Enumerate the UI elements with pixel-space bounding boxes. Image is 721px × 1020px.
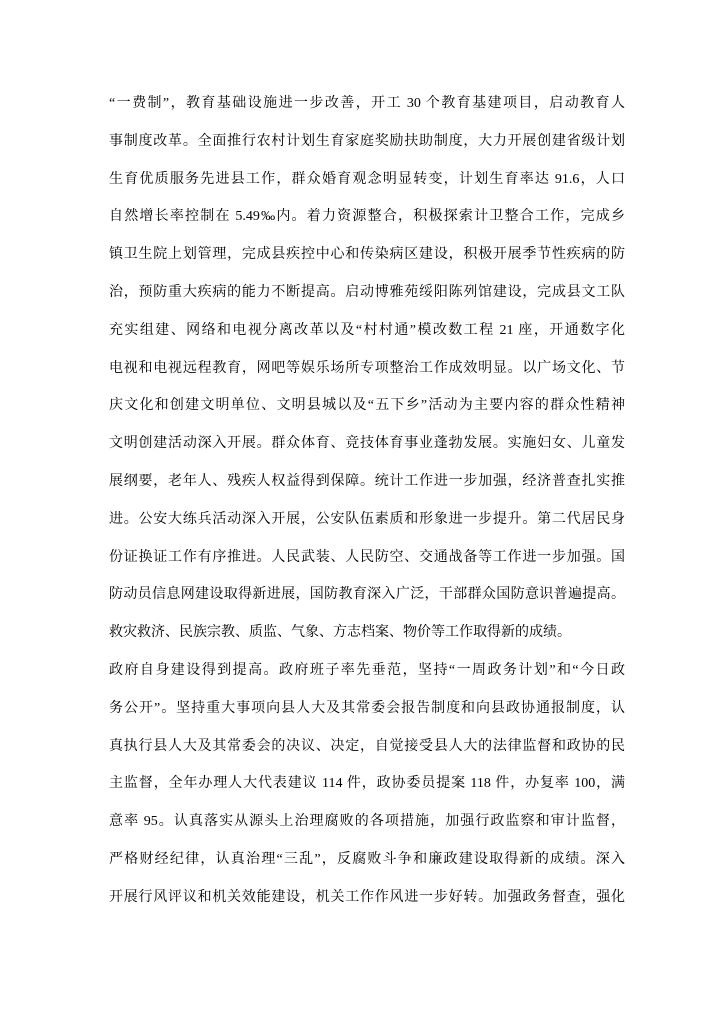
text-line: 主监督，全年办理人大代表建议 114 件，政协委员提案 118 件，办复率 10… <box>109 765 625 803</box>
text-line: 镇卫生院上划管理，完成县疾控中心和传染病区建设，积极开展季节性疾病的防 <box>109 236 625 274</box>
text-line: 务公开”。坚持重大事项向县人大及其常委会报告制度和向县政协通报制度，认 <box>109 690 625 728</box>
text-line: 防动员信息网建设取得新进展，国防教育深入广泛，干部群众国防意识普遍提高。 <box>109 576 625 614</box>
text-line: 事制度改革。全面推行农村计划生育家庭奖励扶助制度，大力开展创建省级计划 <box>109 123 625 161</box>
text-line: 严格财经纪律，认真治理“三乱”，反腐败斗争和廉政建设取得新的成绩。深入 <box>109 841 625 879</box>
text-line: 真执行县人大及其常委会的决议、决定，自觉接受县人大的法律监督和政协的民 <box>109 728 625 766</box>
text-line: 意率 95。认真落实从源头上治理腐败的各项措施，加强行政监察和审计监督， <box>109 803 625 841</box>
document-body: “一费制”，教育基础设施进一步改善，开工 30 个教育基建项目，启动教育人事制度… <box>109 85 625 917</box>
text-line: 开展行风评议和机关效能建设，机关工作作风进一步好转。加强政务督查，强化 <box>109 879 625 917</box>
text-line: 救灾救济、民族宗教、质监、气象、方志档案、物价等工作取得新的成绩。 <box>109 614 625 652</box>
text-line: 生育优质服务先进县工作，群众婚育观念明显转变，计划生育率达 91.6，人口 <box>109 161 625 199</box>
text-line: 进。公安大练兵活动深入开展，公安队伍素质和形象进一步提升。第二代居民身 <box>109 501 625 539</box>
text-line: 自然增长率控制在 5.49‰内。着力资源整合，积极探索计卫整合工作，完成乡 <box>109 198 625 236</box>
text-line: 充实组建、网络和电视分离改革以及“村村通”模改数工程 21 座，开通数字化 <box>109 312 625 350</box>
text-line: 份证换证工作有序推进。人民武装、人民防空、交通战备等工作进一步加强。国 <box>109 539 625 577</box>
text-line: 展纲要，老年人、残疾人权益得到保障。统计工作进一步加强，经济普查扎实推 <box>109 463 625 501</box>
text-line: 庆文化和创建文明单位、文明县城以及“五下乡”活动为主要内容的群众性精神 <box>109 387 625 425</box>
text-line: 文明创建活动深入开展。群众体育、竞技体育事业蓬勃发展。实施妇女、儿童发 <box>109 425 625 463</box>
document-page: “一费制”，教育基础设施进一步改善，开工 30 个教育基建项目，启动教育人事制度… <box>0 0 721 1020</box>
text-line: “一费制”，教育基础设施进一步改善，开工 30 个教育基建项目，启动教育人 <box>109 85 625 123</box>
text-line: 政府自身建设得到提高。政府班子率先垂范，坚持“一周政务计划”和“今日政 <box>109 652 625 690</box>
text-line: 电视和电视远程教育，网吧等娱乐场所专项整治工作成效明显。以广场文化、节 <box>109 350 625 388</box>
text-line: 治，预防重大疾病的能力不断提高。启动博雅苑绥阳陈列馆建设，完成县文工队 <box>109 274 625 312</box>
